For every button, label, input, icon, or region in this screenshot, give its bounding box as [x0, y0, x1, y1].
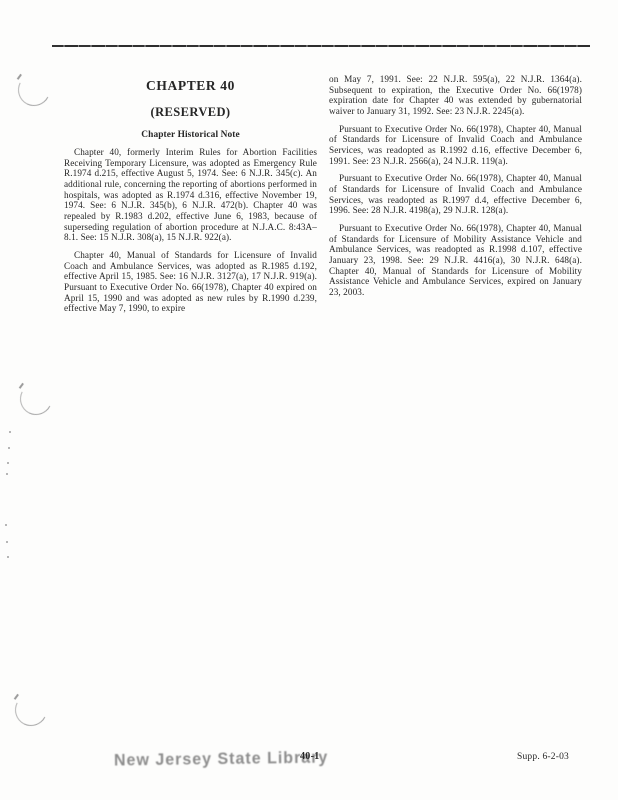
history-paragraph-continuation: on May 7, 1991. See: 22 N.J.R. 595(a), 2…: [329, 74, 582, 117]
left-column: CHAPTER 40 (RESERVED) Chapter Historical…: [64, 76, 317, 321]
right-column: on May 7, 1991. See: 22 N.J.R. 595(a), 2…: [329, 74, 582, 305]
supplement-label: Supp. 6-2-03: [517, 752, 569, 762]
hole-punch-mark: [11, 690, 51, 730]
history-paragraph: Pursuant to Executive Order No. 66(1978)…: [329, 124, 582, 167]
history-paragraph: Pursuant to Executive Order No. 66(1978)…: [329, 173, 582, 216]
scan-noise: [7, 462, 9, 464]
history-paragraph: Pursuant to Executive Order No. 66(1978)…: [329, 223, 582, 298]
library-stamp: New Jersey State Library: [114, 749, 329, 771]
scan-noise: [6, 473, 8, 475]
scanned-document-page: CHAPTER 40 (RESERVED) Chapter Historical…: [0, 0, 618, 800]
scan-noise: [9, 431, 11, 433]
scan-noise: [8, 447, 10, 449]
scan-noise: [7, 556, 9, 558]
page-number: 40-1: [300, 751, 320, 762]
scan-noise: [6, 541, 8, 543]
scan-noise: [5, 524, 7, 526]
hole-punch-mark: [16, 379, 56, 419]
history-paragraph: Chapter 40, Manual of Standards for Lice…: [64, 250, 317, 314]
historical-note-title: Chapter Historical Note: [64, 130, 317, 141]
chapter-status: (RESERVED): [64, 105, 317, 120]
hole-punch-mark: [14, 70, 54, 110]
header-rule: [52, 45, 590, 47]
chapter-title: CHAPTER 40: [64, 78, 317, 94]
history-paragraph: Chapter 40, formerly Interim Rules for A…: [64, 147, 317, 243]
